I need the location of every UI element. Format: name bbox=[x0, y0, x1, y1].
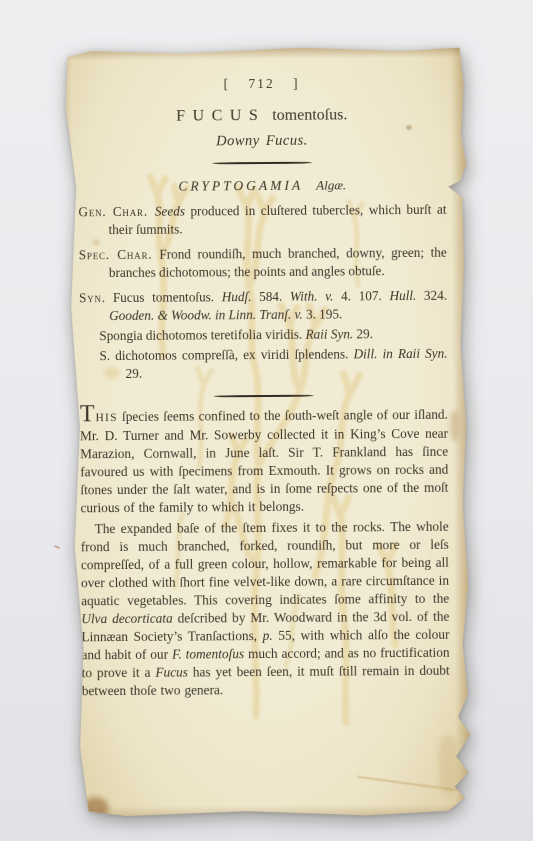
corner-foxing-spot bbox=[83, 797, 109, 819]
book-page: [ 712 ] FUCUStomentoſus. Downy Fucus. CR… bbox=[61, 45, 470, 820]
page-content: [ 712 ] FUCUStomentoſus. Downy Fucus. CR… bbox=[61, 45, 470, 701]
description-entries: Gen. Char.Seeds produced in cluſtered tu… bbox=[78, 201, 447, 384]
text-run: Frond roundiſh, much branched, downy, gr… bbox=[109, 245, 447, 280]
entry-label: Spec. Char. bbox=[79, 247, 153, 263]
background-speck bbox=[54, 545, 60, 549]
text-run: Hudſ. bbox=[222, 289, 252, 304]
divider-rule-top bbox=[212, 162, 312, 165]
description-entry: Spec. Char.Frond roundiſh, much branched… bbox=[79, 244, 447, 283]
text-run: 324. bbox=[416, 288, 447, 303]
text-run: 3. 195. bbox=[303, 306, 343, 321]
paper-crease bbox=[357, 776, 466, 793]
text-run: Seeds bbox=[155, 204, 185, 219]
common-name: Downy Fucus. bbox=[78, 132, 446, 152]
text-run: F. tomentoſus bbox=[172, 646, 244, 662]
species-title: FUCUStomentoſus. bbox=[78, 106, 446, 127]
drop-initial: T bbox=[80, 401, 96, 427]
text-run: S. dichotomos compreſſà, ex viridi ſplen… bbox=[99, 346, 353, 363]
text-run: ſpecies ſeems confined to the ſouth-weſt… bbox=[80, 407, 448, 516]
text-run: 584. bbox=[251, 289, 290, 304]
classification-group: Algæ. bbox=[316, 177, 346, 192]
species-epithet: tomentoſus. bbox=[272, 106, 347, 124]
text-run: Gooden. & Woodw. in Linn. Tranſ. v. bbox=[109, 307, 303, 323]
text-run: Fucus tomentoſus. bbox=[113, 289, 222, 305]
genus-name: FUCUS bbox=[176, 107, 265, 125]
text-run: Dill. in Raii Syn. bbox=[353, 346, 447, 362]
description-entry: Syn.Fucus tomentoſus. Hudſ. 584. With. v… bbox=[79, 287, 447, 326]
text-run: p. bbox=[263, 628, 273, 643]
page-number: [ 712 ] bbox=[78, 75, 446, 94]
text-run: Raii Syn. bbox=[305, 326, 353, 341]
text-run: With. v. bbox=[290, 289, 333, 304]
text-run: 29. bbox=[353, 326, 373, 341]
body-paragraph: THIS ſpecies ſeems confined to the ſouth… bbox=[80, 406, 449, 518]
text-run: Spongia dichotomos teretifolia viridis. bbox=[99, 327, 305, 343]
page-shadow-wrap: [ 712 ] FUCUStomentoſus. Downy Fucus. CR… bbox=[61, 45, 470, 820]
description-entry: Gen. Char.Seeds produced in cluſtered tu… bbox=[78, 201, 446, 240]
classification-order: CRYPTOGAMIA bbox=[178, 178, 303, 194]
entry-label: Syn. bbox=[79, 290, 106, 305]
text-run: 4. 107. bbox=[333, 288, 389, 303]
text-run: Hull. bbox=[389, 288, 416, 303]
body-paragraphs: THIS ſpecies ſeems confined to the ſouth… bbox=[80, 406, 450, 701]
text-run: Fucus bbox=[155, 665, 188, 680]
description-entry: Spongia dichotomos teretifolia viridis. … bbox=[79, 325, 447, 346]
text-run: The expanded baſe of the ſtem fixes it t… bbox=[81, 518, 449, 608]
description-entry: S. dichotomos compreſſà, ex viridi ſplen… bbox=[79, 345, 447, 384]
lead-capitals: HIS bbox=[96, 412, 118, 424]
edge-smudge bbox=[438, 735, 458, 795]
body-paragraph: The expanded baſe of the ſtem fixes it t… bbox=[81, 517, 450, 701]
entry-label: Gen. Char. bbox=[78, 204, 148, 219]
divider-rule-middle bbox=[214, 395, 314, 398]
text-run: Ulva decorticata bbox=[81, 611, 172, 627]
classification-line: CRYPTOGAMIA Algæ. bbox=[78, 176, 446, 197]
text-run: 29. bbox=[126, 366, 143, 381]
